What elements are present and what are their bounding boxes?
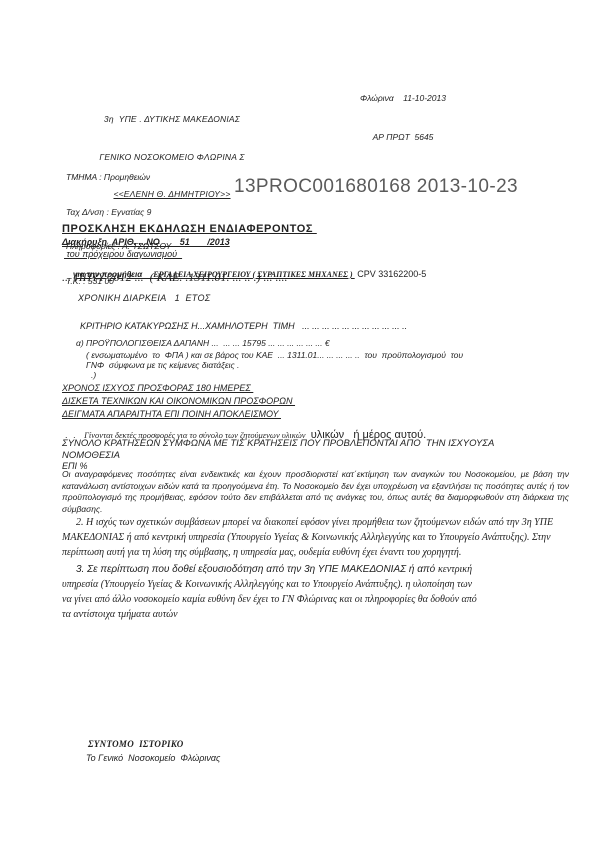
short-history-label: ΣΥΝΤΟΜΟ ΙΣΤΟΡΙΚΟ bbox=[88, 739, 184, 749]
invitation-heading: ΠΡΟΣΚΛΗΣΗ ΕΚΔΗΛΩΣΗ ΕΝΔΙΑΦΕΡΟΝΤΟΣ bbox=[62, 223, 317, 235]
proc-registry-number: 13PROC001680168 2013-10-23 bbox=[234, 176, 518, 198]
paragraph-3-part1: 3. Σε περίπτωση που δοθεί εξουσιοδότηση … bbox=[76, 564, 438, 575]
budget-vat-line: ( ενσωματωμένο το ΦΠΑ ) και σε βάρος του… bbox=[86, 350, 463, 360]
duration-line: ΧΡΟΝΙΚΗ ΔΙΑΡΚΕΙΑ 1 ΕΤΟΣ bbox=[78, 293, 210, 303]
cpv-code: CPV 33162200-5 bbox=[355, 269, 427, 279]
offer-validity-line: ΧΡΟΝΟΣ ΙΣΧΥΟΣ ΠΡΟΣΦΟΡΑΣ 180 ΗΜΕΡΕΣ bbox=[62, 383, 253, 393]
deductions-line2: ΝΟΜΟΘΕΣΙΑ bbox=[62, 450, 120, 461]
department-line: ΤΜΗΜΑ : Προμηθειών bbox=[66, 172, 171, 184]
hospital-signature-line: Το Γενικό Νοσοκομείο Φλώρινας bbox=[86, 753, 220, 763]
org-region-line: 3η ΥΠΕ . ΔΥΤΙΚΗΣ ΜΑΚΕΔΟΝΙΑΣ bbox=[62, 113, 282, 126]
budget-line: α) ΠΡΟΫΠΟΛΟΓΙΣΘΕΙΣΑ ΔΑΠΑΝΗ ... ... ... 1… bbox=[76, 338, 330, 348]
procedure-line: του πρόχειρου διαγωνισμού bbox=[64, 249, 182, 259]
document-page: Φλώρινα 11-10-2013 ΑΡ ΠΡΩΤ 5645 3η ΥΠΕ .… bbox=[0, 0, 595, 842]
award-criterion-line: ΚΡΙΤΗΡΙΟ ΚΑΤΑΚΥΡΩΣΗΣ Η...ΧΑΜΗΛΟΤΕΡΗ ΤΙΜΗ… bbox=[80, 321, 407, 331]
deductions-line1: ΣΥΝΟΛΟ ΚΡΑΤΗΣΕΩΝ ΣΥΜΦΩΝΑ ΜΕ ΤΙΣ ΚΡΑΤΗΣΕΙ… bbox=[62, 438, 494, 449]
protocol-number: ΑΡ ΠΡΩΤ 5645 bbox=[328, 131, 478, 144]
paragraph-quantities: Οι αναγραφόμενες ποσότητες είναι ενδεικτ… bbox=[62, 469, 569, 515]
paragraph-3: 3. Σε περίπτωση που δοθεί εξουσιοδότηση … bbox=[62, 562, 482, 622]
place-and-date: Φλώρινα 11-10-2013 bbox=[328, 92, 478, 105]
paragraph-2: 2. Η ισχύς των σχετικών συμβάσεων μπορεί… bbox=[62, 515, 578, 560]
ppyy-kae-line: ... ΠΠΥΥ 2012 ... ( ΚΑΕ. .1311.01. ... .… bbox=[62, 270, 287, 285]
diskettes-line: ΔΙΣΚΕΤΑ ΤΕΧΝΙΚΩΝ ΚΑΙ ΟΙΚΟΝΟΜΙΚΩΝ ΠΡΟΣΦΟΡ… bbox=[62, 396, 295, 406]
budget-close-paren: .) bbox=[91, 370, 96, 380]
dateline-block: Φλώρινα 11-10-2013 ΑΡ ΠΡΩΤ 5645 bbox=[328, 66, 478, 170]
samples-line: ΔΕΙΓΜΑΤΑ ΑΠΑΡΑΙΤΗΤΑ ΕΠΙ ΠΟΙΝΗ ΑΠΟΚΛΕΙΣΜΟ… bbox=[62, 409, 281, 419]
budget-gnf-line: ΓΝΦ σύμφωνα με τις κείμενες διατάξεις . bbox=[86, 360, 239, 370]
address-line: Ταχ Δ/νση : Εγνατίας 9 bbox=[66, 207, 171, 219]
declaration-number-line: Διακήρυξη ΑΡΙΘ. ...ΝΟ 51 /2013 bbox=[62, 237, 230, 247]
